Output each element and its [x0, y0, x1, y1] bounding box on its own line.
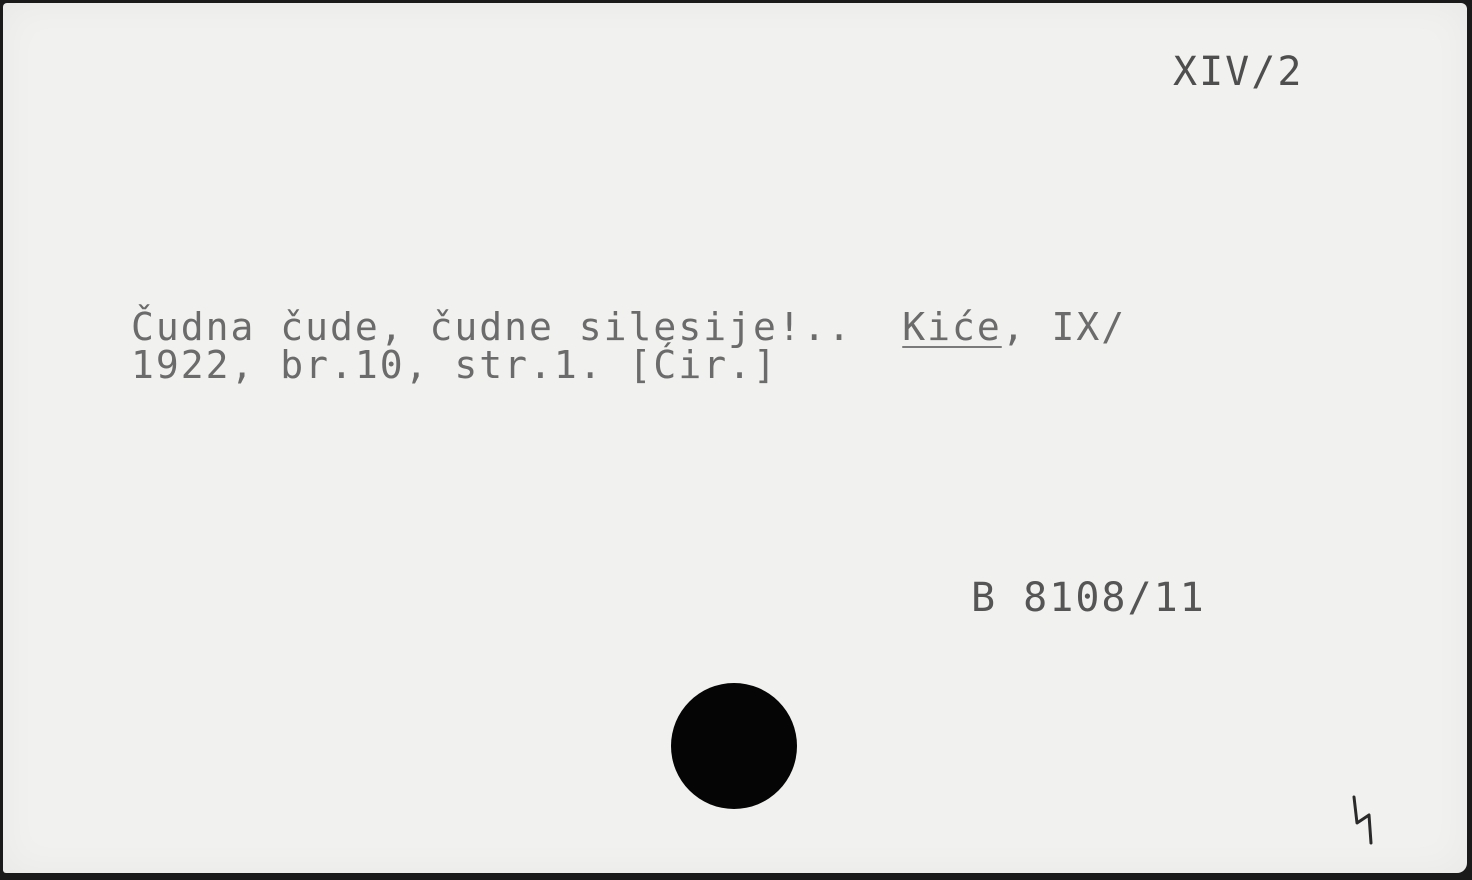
call-number: B 8108/11 — [971, 575, 1206, 621]
shelfmark: XIV/2 — [1173, 49, 1303, 95]
catalog-card: XIV/2 Čudna čude, čudne silesije!.. Kiće… — [3, 3, 1467, 873]
entry-line-2: 1922, br.10, str.1. [Ćir.] — [131, 343, 778, 387]
entry-place-suffix: , IX/ — [1002, 305, 1126, 349]
entry-place: Kiće — [902, 305, 1002, 349]
handwritten-mark-icon — [1348, 793, 1374, 845]
punch-hole-icon — [671, 683, 797, 809]
